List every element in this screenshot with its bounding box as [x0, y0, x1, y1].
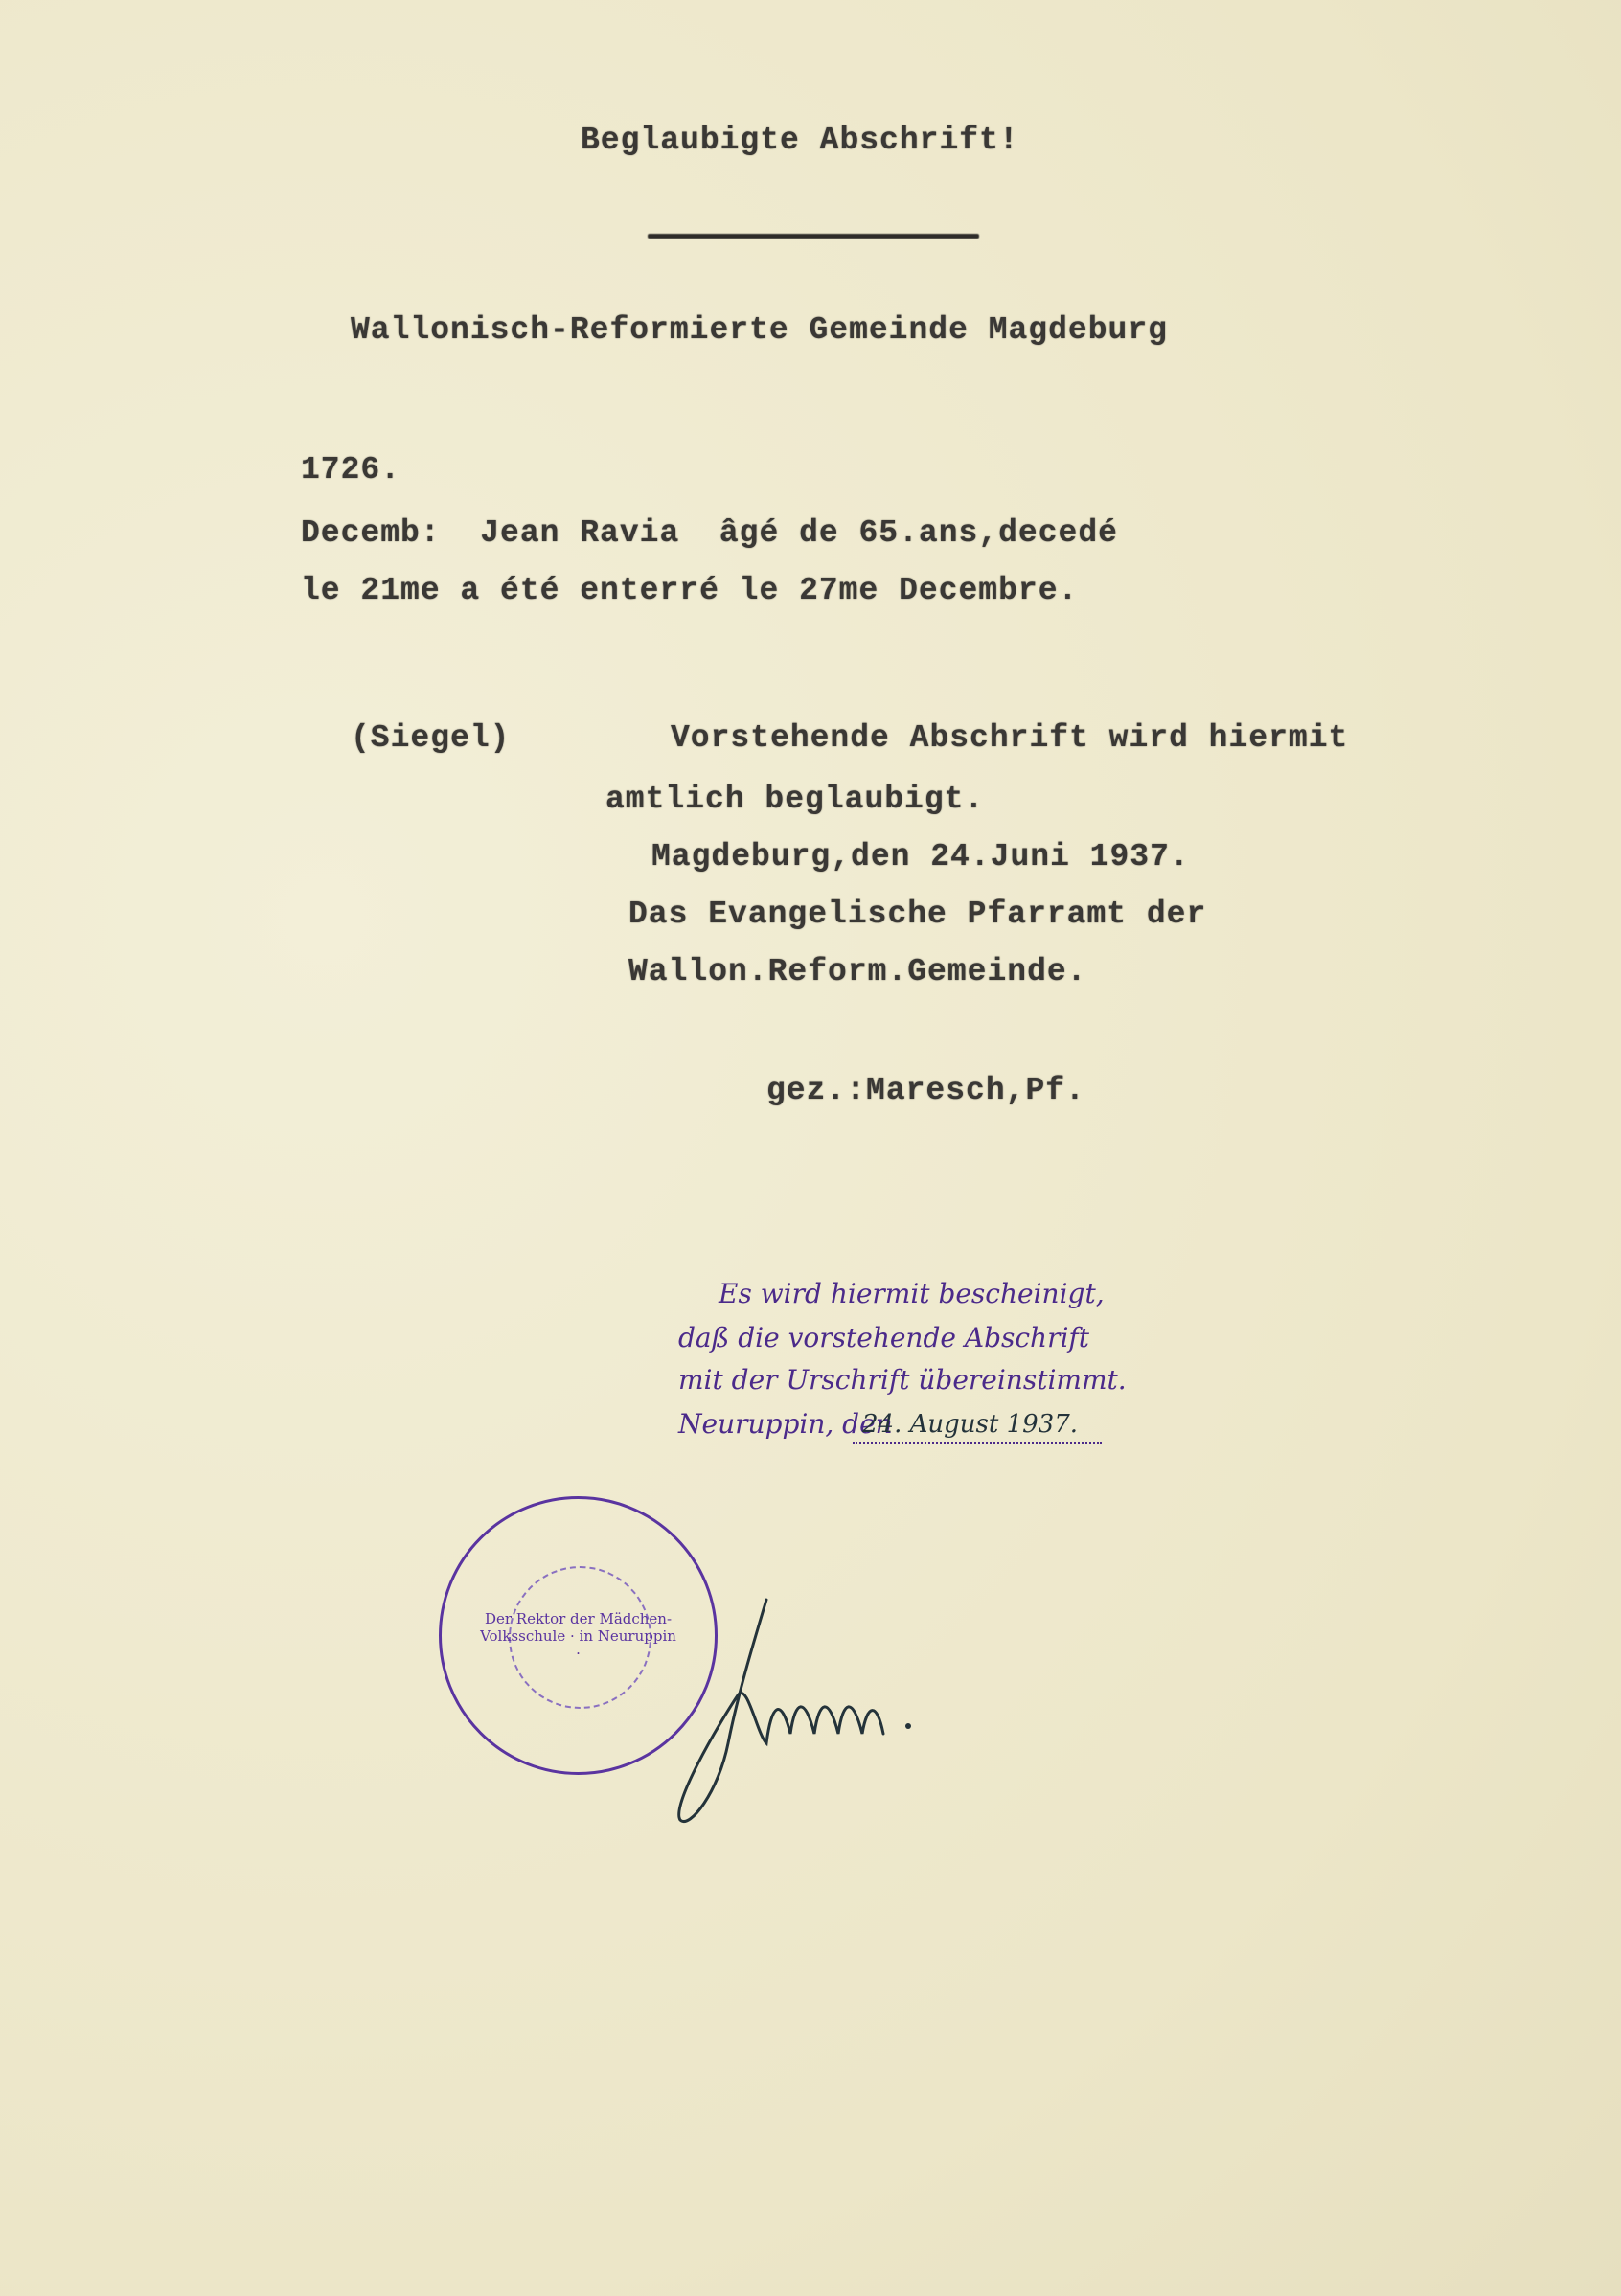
office-line-1: Das Evangelische Pfarramt der: [628, 897, 1206, 932]
signed-by: gez.:Maresch,Pf.: [766, 1073, 1085, 1108]
record-line-2: le 21me a été enterré le 27me Decembre.: [301, 573, 1078, 608]
handwritten-date: 24. August 1937.: [862, 1410, 1078, 1439]
certification-line-1: Vorstehende Abschrift wird hiermit: [671, 720, 1348, 756]
place-date: Magdeburg,den 24.Juni 1937.: [651, 839, 1190, 875]
signature: [661, 1590, 1025, 1839]
stamp-line-2: daß die vorstehende Abschrift: [678, 1322, 1089, 1353]
record-line-1: Decemb: Jean Ravia âgé de 65.ans,decedé: [301, 515, 1118, 551]
heading: Beglaubigte Abschrift!: [581, 123, 1019, 158]
stamp-line-3: mit der Urschrift übereinstimmt.: [678, 1364, 1127, 1396]
office-line-2: Wallon.Reform.Gemeinde.: [628, 954, 1086, 989]
date-dotted-line: [853, 1442, 1102, 1444]
certification-line-2: amtlich beglaubigt.: [605, 782, 984, 817]
record-year: 1726.: [301, 452, 400, 488]
stamp-place: Neuruppin, den: [678, 1408, 893, 1440]
parish-title: Wallonisch-Reformierte Gemeinde Magdebur…: [351, 312, 1168, 348]
seal-note: (Siegel): [351, 720, 510, 756]
heading-rule: [648, 234, 979, 239]
stamp-line-1: Es wird hiermit bescheinigt,: [719, 1278, 1105, 1309]
